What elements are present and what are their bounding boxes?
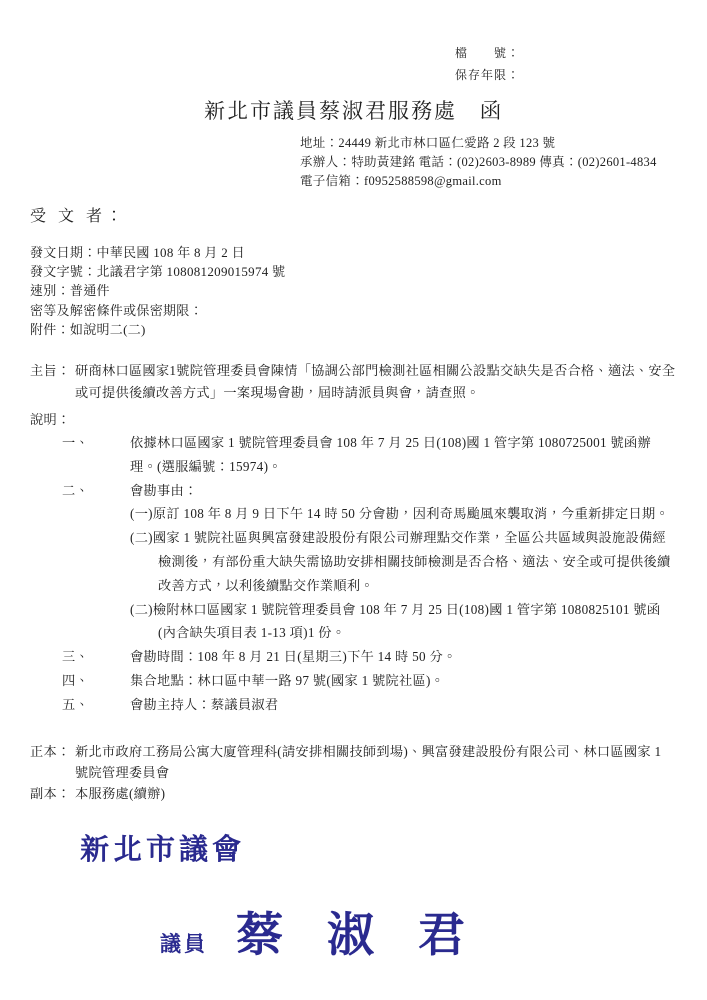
list-item-number: 二、 [62, 479, 130, 646]
list-item: 三、 會勘時間：108 年 8 月 21 日(星期三)下午 14 時 50 分。 [62, 645, 677, 669]
list-item: 一、 依據林口區國家 1 號院管理委員會 108 年 7 月 25 日(108)… [62, 431, 677, 479]
classification-line: 密等及解密條件或保密期限： [30, 301, 677, 320]
list-subitem: (一)原訂 108 年 8 月 9 日下午 14 時 50 分會勘，因利奇馬颱風… [130, 502, 677, 526]
office-email: 電子信箱：f0952588598@gmail.com [300, 172, 677, 191]
councilor-signature: 議員 蔡淑君 [160, 896, 677, 976]
list-item: 五、 會勘主持人：蔡議員淑君 [62, 693, 677, 717]
list-item-text: 依據林口區國家 1 號院管理委員會 108 年 7 月 25 日(108)國 1… [130, 431, 677, 479]
copy-recipients-row: 副本： 本服務處(續辦) [30, 783, 677, 804]
list-item-text: 會勘主持人：蔡議員淑君 [130, 693, 677, 717]
list-subitem: (二)國家 1 號院社區與興富發建設股份有限公司辦理點交作業，全區公共區域與設施… [130, 526, 677, 597]
office-contact-line: 承辦人：特助黃建銘 電話：(02)2603-8989 傳真：(02)2601-4… [300, 153, 677, 172]
copy-label: 副本： [30, 783, 75, 804]
list-item-text: 會勘事由： [130, 479, 677, 503]
list-item-text: 集合地點：林口區中華一路 97 號(國家 1 號院社區)。 [130, 669, 677, 693]
list-item: 四、 集合地點：林口區中華一路 97 號(國家 1 號院社區)。 [62, 669, 677, 693]
council-seal-text: 新北市議會 [80, 830, 677, 870]
issue-date-line: 發文日期：中華民國 108 年 8 月 2 日 [30, 243, 677, 262]
subject-text: 研商林口區國家1號院管理委員會陳情「協調公部門檢測社區相關公設點交缺失是否合格、… [75, 360, 677, 404]
explanation-list: 一、 依據林口區國家 1 號院管理委員會 108 年 7 月 25 日(108)… [62, 431, 677, 717]
list-item-text: 會勘時間：108 年 8 月 21 日(星期三)下午 14 時 50 分。 [130, 645, 677, 669]
reference-number-line: 發文字號：北議君字第 108081209015974 號 [30, 262, 677, 281]
attachment-line: 附件：如說明二(二) [30, 320, 677, 339]
document-title: 新北市議員蔡淑君服務處 函 [30, 96, 677, 126]
explanation-label: 說明： [30, 409, 677, 431]
councilor-role-label: 議員 [160, 928, 208, 958]
original-label: 正本： [30, 741, 75, 783]
office-contact-block: 地址：24449 新北市林口區仁愛路 2 段 123 號 承辦人：特助黃建銘 電… [300, 134, 677, 191]
list-item-number: 一、 [62, 431, 130, 479]
list-item-number: 五、 [62, 693, 130, 717]
councilor-name-signature: 蔡淑君 [236, 896, 509, 976]
retention-period-label: 保存年限： [455, 64, 677, 86]
list-item-number: 三、 [62, 645, 130, 669]
original-recipients-text: 新北市政府工務局公寓大廈管理科(請安排相關技師到場)、興富發建設股份有限公司、林… [75, 741, 677, 783]
document-meta-block: 發文日期：中華民國 108 年 8 月 2 日 發文字號：北議君字第 10808… [30, 243, 677, 339]
list-item-number: 四、 [62, 669, 130, 693]
list-item: 二、 會勘事由： (一)原訂 108 年 8 月 9 日下午 14 時 50 分… [62, 479, 677, 646]
priority-line: 速別：普通件 [30, 281, 677, 300]
copy-recipients-text: 本服務處(續辦) [75, 783, 677, 804]
office-address: 地址：24449 新北市林口區仁愛路 2 段 123 號 [300, 134, 677, 153]
subject-label: 主旨： [30, 360, 75, 404]
original-recipients-row: 正本： 新北市政府工務局公寓大廈管理科(請安排相關技師到場)、興富發建設股份有限… [30, 741, 677, 783]
file-number-label: 檔 號： [455, 42, 677, 64]
official-letter-page: 檔 號： 保存年限： 新北市議員蔡淑君服務處 函 地址：24449 新北市林口區… [0, 0, 707, 1000]
recipient-label: 受 文 者： [30, 206, 677, 228]
list-item-body: 會勘事由： (一)原訂 108 年 8 月 9 日下午 14 時 50 分會勘，… [130, 479, 677, 646]
distribution-block: 正本： 新北市政府工務局公寓大廈管理科(請安排相關技師到場)、興富發建設股份有限… [30, 741, 677, 804]
list-subitem: (二)檢附林口區國家 1 號院管理委員會 108 年 7 月 25 日(108)… [130, 598, 677, 646]
archival-info-block: 檔 號： 保存年限： [455, 42, 677, 86]
subject-section: 主旨： 研商林口區國家1號院管理委員會陳情「協調公部門檢測社區相關公設點交缺失是… [30, 360, 677, 404]
